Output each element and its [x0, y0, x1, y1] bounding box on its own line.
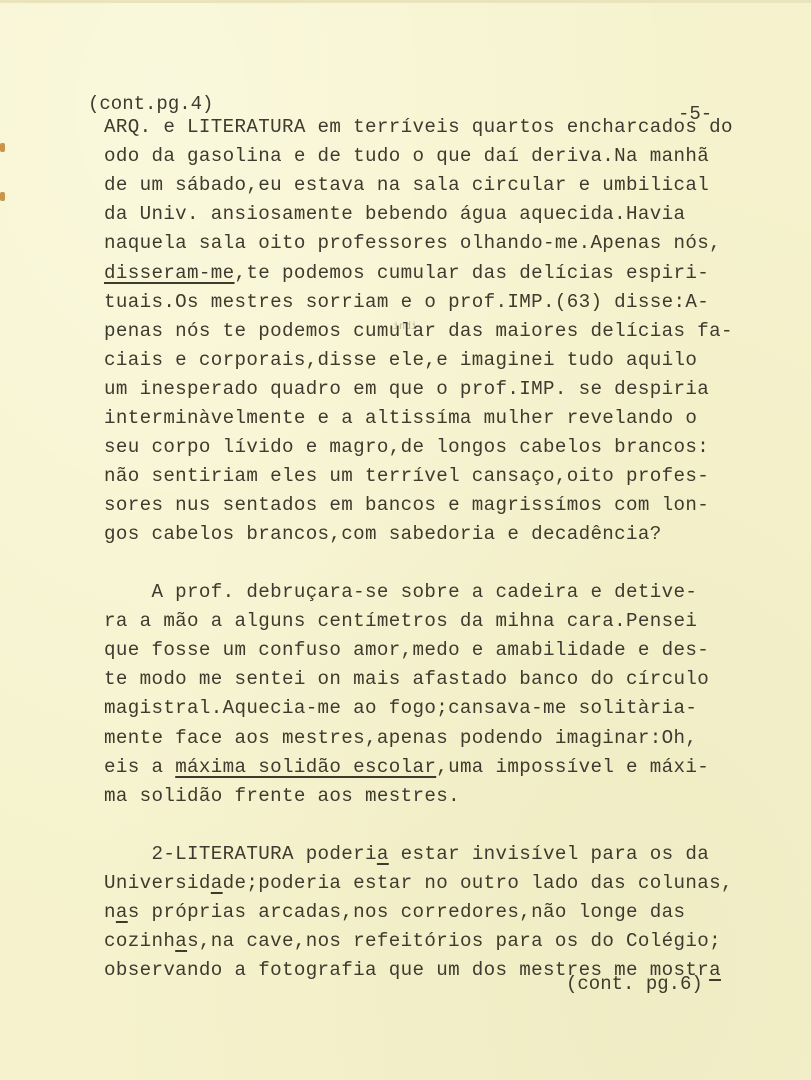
document-page: (cont.pg.4) -5- indi ARQ. e LITERATURA e… — [0, 0, 811, 1080]
text-line: Universidade;poderia estar no outro lado… — [104, 874, 733, 893]
text-line: sores nus sentados em bancos e magrissím… — [104, 496, 709, 515]
text-line: não sentiriam eles um terrível cansaço,o… — [104, 467, 709, 486]
text-line: um inesperado quadro em que o prof.IMP. … — [104, 380, 709, 399]
underlined-phrase: a — [116, 901, 128, 923]
text-line: de um sábado,eu estava na sala circular … — [104, 176, 709, 195]
underlined-phrase: disseram-me — [104, 262, 235, 284]
text-line: ARQ. e LITERATURA em terríveis quartos e… — [104, 118, 733, 137]
underlined-phrase: a — [377, 843, 389, 865]
text-line: que fosse um confuso amor,medo e amabili… — [104, 641, 709, 660]
text-line: penas nós te podemos cumular das maiores… — [104, 322, 733, 341]
text-line: nas próprias arcadas,nos corredores,não … — [104, 903, 685, 922]
text-line: gos cabelos brancos,com sabedoria e deca… — [104, 525, 662, 544]
text-line: da Univ. ansiosamente bebendo água aquec… — [104, 205, 685, 224]
text-line: seu corpo lívido e magro,de longos cabel… — [104, 438, 709, 457]
underlined-phrase: a — [175, 930, 187, 952]
text-line: eis a máxima solidão escolar,uma impossí… — [104, 758, 709, 777]
continued-from-note: (cont.pg.4) — [88, 93, 213, 115]
underlined-phrase: máxima solidão escolar — [175, 756, 436, 778]
text-line: 2-LITERATURA poderia estar invisível par… — [104, 845, 709, 864]
text-line: A prof. debruçara-se sobre a cadeira e d… — [104, 583, 697, 602]
text-line: ciais e corporais,disse ele,e imaginei t… — [104, 351, 697, 370]
text-line: cozinhas,na cave,nos refeitórios para os… — [104, 932, 721, 951]
text-line: ma solidão frente aos mestres. — [104, 787, 460, 806]
text-line: ra a mão a alguns centímetros da mihna c… — [104, 612, 697, 631]
text-line: mente face aos mestres,apenas podendo im… — [104, 729, 697, 748]
text-line: te modo me sentei on mais afastado banco… — [104, 670, 709, 689]
paper-stain-mark — [0, 143, 5, 152]
paper-stain-mark — [0, 192, 5, 201]
underlined-phrase: a — [709, 959, 721, 981]
underlined-phrase: a — [211, 872, 223, 894]
text-line: magistral.Aquecia-me ao fogo;cansava-me … — [104, 699, 697, 718]
text-line: odo da gasolina e de tudo o que daí deri… — [104, 147, 709, 166]
text-line: interminàvelmente e a altissíma mulher r… — [104, 409, 697, 428]
continued-on-note: (cont. pg.6) — [566, 973, 703, 995]
text-line: tuais.Os mestres sorriam e o prof.IMP.(6… — [104, 293, 709, 312]
text-line: naquela sala oito professores olhando-me… — [104, 234, 721, 253]
paper-edge — [0, 0, 811, 3]
text-line: disseram-me,te podemos cumular das delíc… — [104, 264, 709, 283]
